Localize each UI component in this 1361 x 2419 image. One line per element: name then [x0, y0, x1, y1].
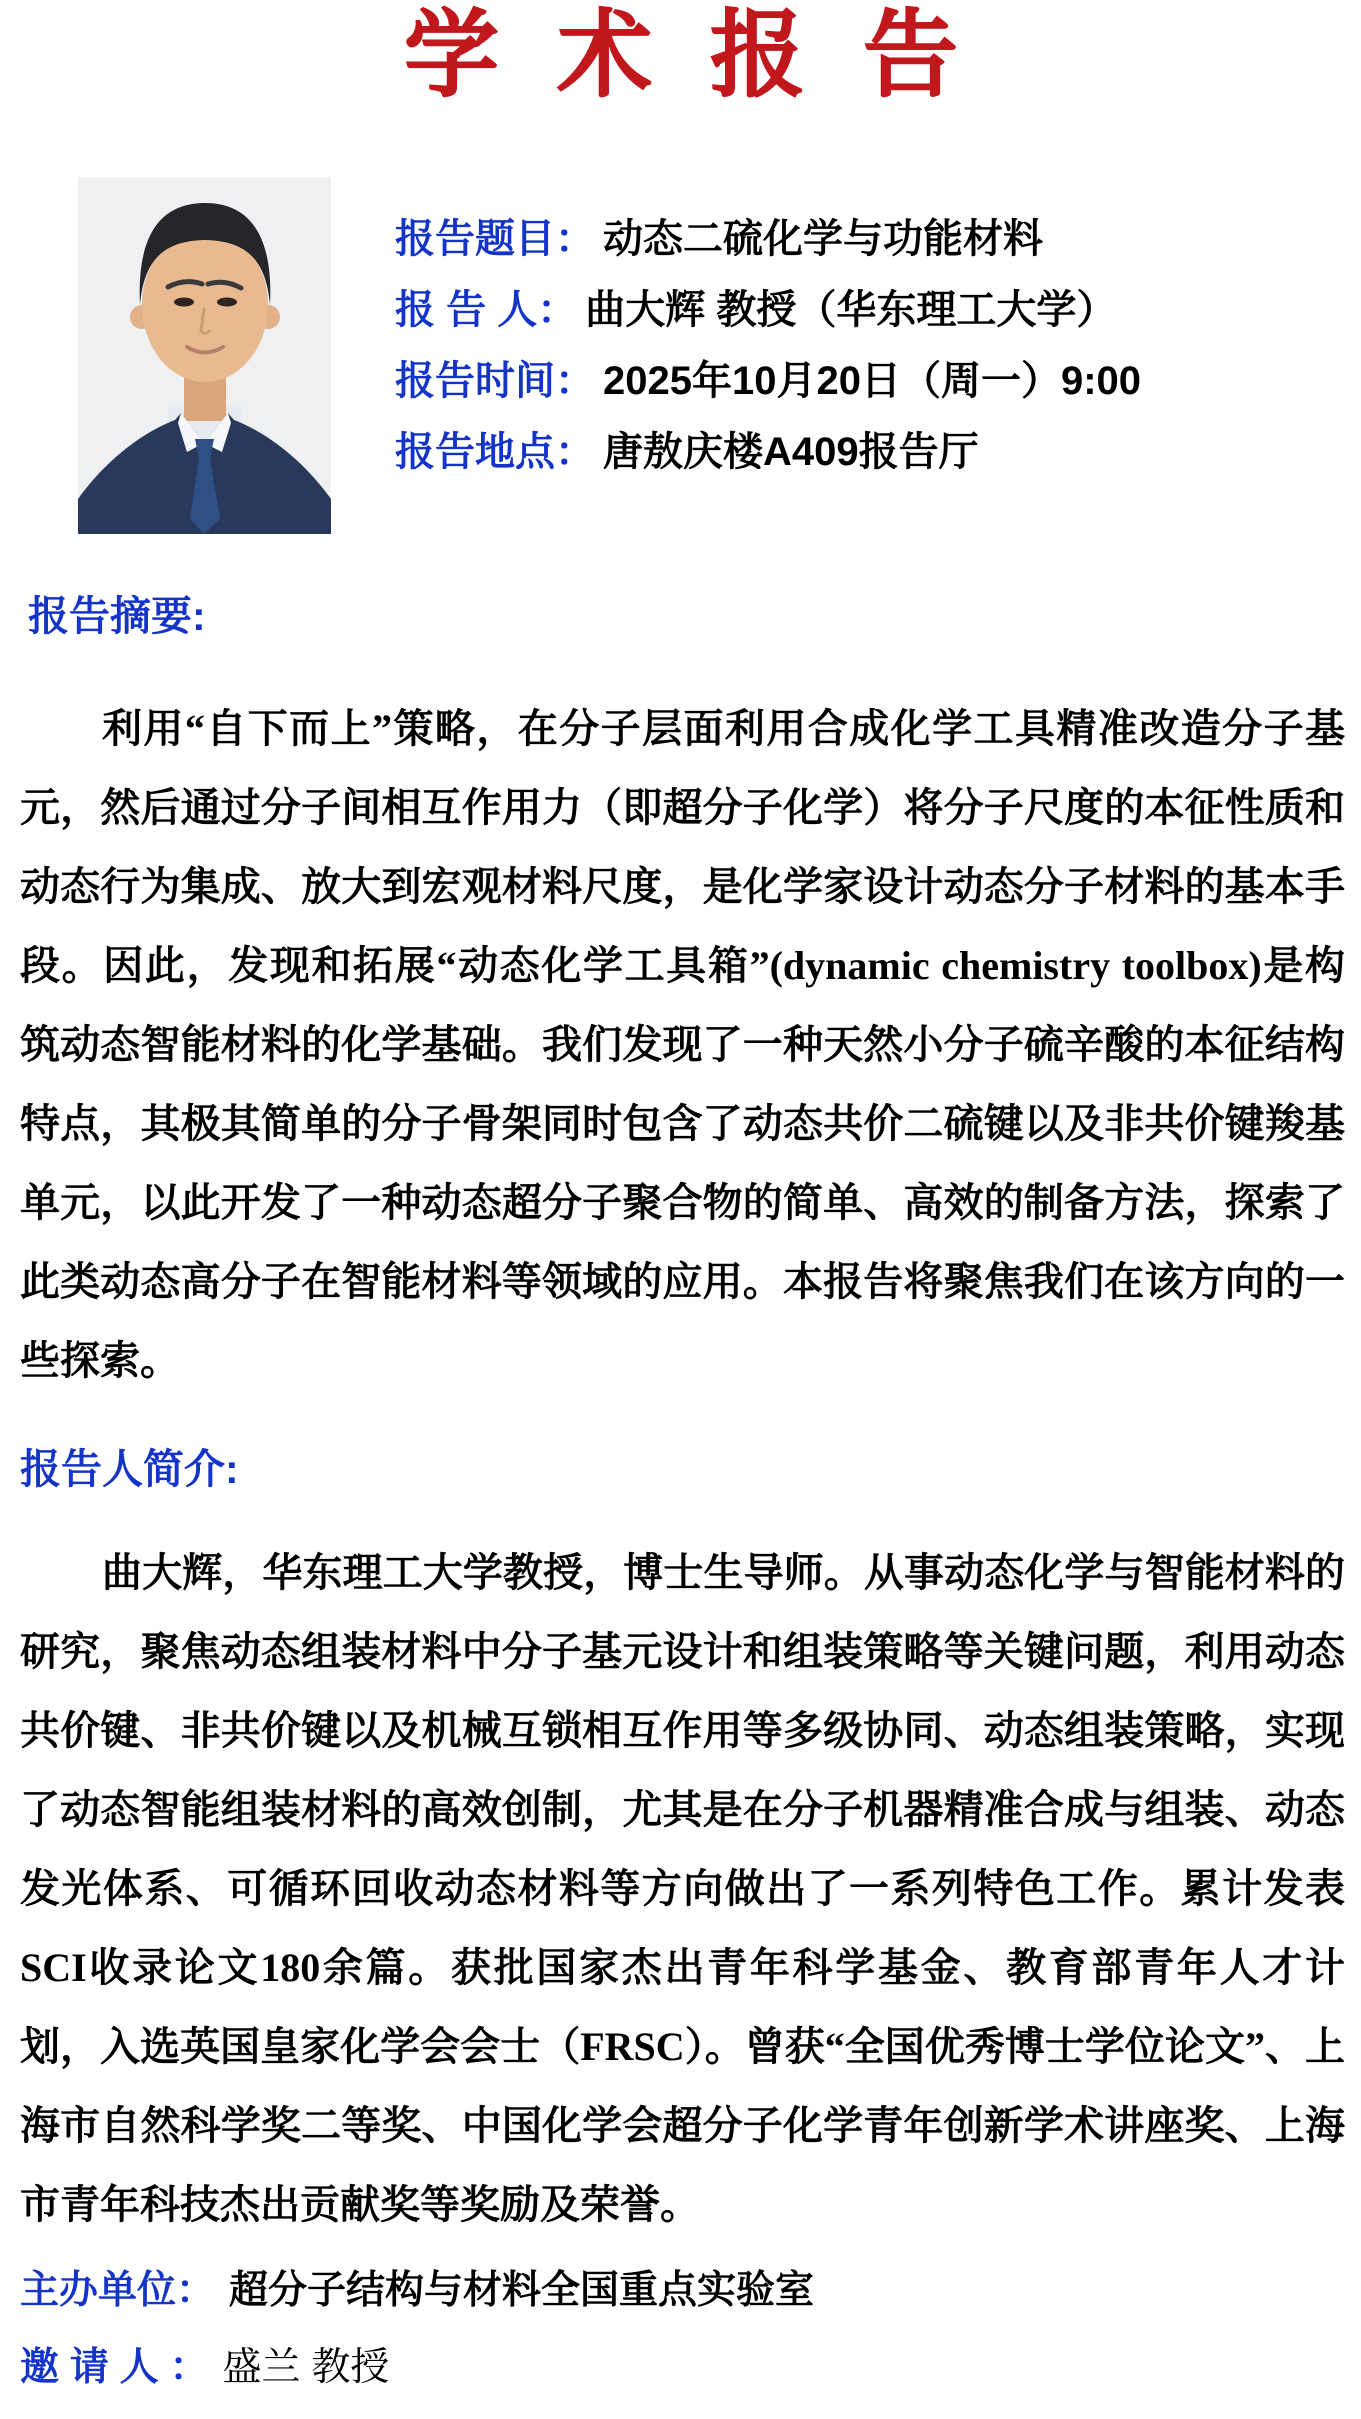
- footer-row-inviter: 邀 请 人 ： 盛兰 教授: [20, 2346, 1361, 2391]
- abstract-text: 利用“自下而上”策略，在分子层面利用合成化学工具精准改造分子基元，然后通过分子间…: [0, 689, 1361, 1400]
- inviter-label: 邀 请 人 ：: [20, 2346, 209, 2391]
- portrait-illustration: [78, 177, 331, 534]
- page-title: 学术报告: [0, 2, 1361, 108]
- abstract-heading: 报告摘要:: [28, 592, 1361, 640]
- info-row-topic: 报告题目： 动态二硫化学与功能材料: [395, 219, 1141, 259]
- time-value: 2025年10月20日（周一）9:00: [603, 361, 1141, 401]
- bio-heading: 报告人简介:: [20, 1445, 1361, 1493]
- inviter-value: 盛兰 教授: [223, 2346, 390, 2391]
- info-row-location: 报告地点： 唐敖庆楼A409报告厅: [395, 432, 1141, 472]
- footer-section: 主办单位： 超分子结构与材料全国重点实验室 邀 请 人 ： 盛兰 教授: [20, 2269, 1361, 2391]
- bio-text: 曲大辉，华东理工大学教授，博士生导师。从事动态化学与智能材料的研究，聚焦动态组装…: [0, 1533, 1361, 2244]
- time-label: 报告时间：: [395, 361, 595, 401]
- topic-label: 报告题目：: [395, 219, 595, 259]
- organizer-value: 超分子结构与材料全国重点实验室: [229, 2269, 814, 2314]
- info-row-speaker: 报 告 人： 曲大辉 教授（华东理工大学）: [395, 290, 1141, 330]
- speaker-label: 报 告 人：: [395, 290, 577, 330]
- speaker-value: 曲大辉 教授（华东理工大学）: [585, 290, 1116, 330]
- footer-row-organizer: 主办单位： 超分子结构与材料全国重点实验室: [20, 2269, 1361, 2314]
- location-value: 唐敖庆楼A409报告厅: [603, 432, 979, 472]
- info-row-time: 报告时间： 2025年10月20日（周一）9:00: [395, 361, 1141, 401]
- header-section: 报告题目： 动态二硫化学与功能材料 报 告 人： 曲大辉 教授（华东理工大学） …: [78, 177, 1361, 534]
- location-label: 报告地点：: [395, 432, 595, 472]
- seminar-info: 报告题目： 动态二硫化学与功能材料 报 告 人： 曲大辉 教授（华东理工大学） …: [395, 177, 1141, 503]
- speaker-photo: [78, 177, 331, 534]
- organizer-label: 主办单位：: [20, 2269, 215, 2314]
- topic-value: 动态二硫化学与功能材料: [603, 219, 1043, 259]
